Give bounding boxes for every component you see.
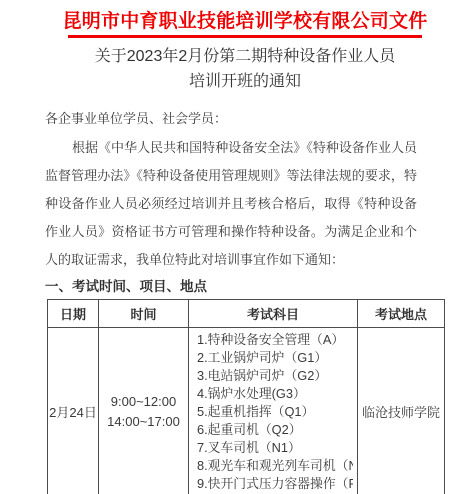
subject-item: 3.电站锅炉司炉（G2） [197, 367, 353, 385]
table-row: 2月24日 9:00~12:00 14:00~17:00 1.特种设备安全管理（… [48, 327, 445, 494]
exam-schedule-table: 日期 时间 考试科目 考试地点 2月24日 9:00~12:00 14:00~1… [47, 299, 445, 494]
notice-document: 昆明市中育职业技能培训学校有限公司文件 关于2023年2月份第二期特种设备作业人… [0, 0, 450, 494]
subject-item: 1.特种设备安全管理（A） [197, 331, 353, 349]
cell-exam-subjects: 1.特种设备安全管理（A） 2.工业锅炉司炉（G1） 3.电站锅炉司炉（G2） … [189, 327, 358, 494]
title-underline-rule [68, 35, 422, 38]
section-heading-exam-info: 一、考试时间、项目、地点 [45, 277, 445, 296]
subject-item: 7.叉车司机（N1） [197, 439, 353, 457]
column-header-subjects: 考试科目 [189, 299, 358, 327]
column-header-date: 日期 [48, 299, 99, 327]
exam-time-morning: 9:00~12:00 [100, 392, 187, 412]
subject-item: 4.锅炉水处理(G3） [197, 385, 353, 403]
notice-title-line2: 培训开班的通知 [45, 69, 445, 94]
document-content: 昆明市中育职业技能培训学校有限公司文件 关于2023年2月份第二期特种设备作业人… [45, 9, 445, 494]
exam-time-afternoon: 14:00~17:00 [100, 412, 187, 432]
notice-title-line1: 关于2023年2月份第二期特种设备作业人员 [45, 44, 445, 69]
table-header-row: 日期 时间 考试科目 考试地点 [48, 299, 445, 327]
subject-item: 5.起重机指挥（Q1） [197, 403, 353, 421]
salutation: 各企事业单位学员、社会学员： [45, 110, 445, 127]
body-paragraph: 根据《中华人民共和国特种设备安全法》《特种设备作业人员监督管理办法》《特种设备使… [45, 134, 417, 274]
column-header-time: 时间 [99, 299, 189, 327]
column-header-location: 考试地点 [358, 299, 445, 327]
cell-exam-times: 9:00~12:00 14:00~17:00 [99, 327, 189, 494]
subject-item: 8.观光车和观光列车司机（N2) [197, 457, 353, 475]
subject-item: 6.起重司机（Q2） [197, 421, 353, 439]
company-document-title: 昆明市中育职业技能培训学校有限公司文件 [45, 9, 445, 34]
cell-exam-date: 2月24日 [48, 327, 99, 494]
subject-item: 9.快开门式压力容器操作（R1） [197, 475, 353, 493]
cell-exam-location: 临沧技师学院 [358, 327, 445, 494]
subject-item: 2.工业锅炉司炉（G1） [197, 349, 353, 367]
